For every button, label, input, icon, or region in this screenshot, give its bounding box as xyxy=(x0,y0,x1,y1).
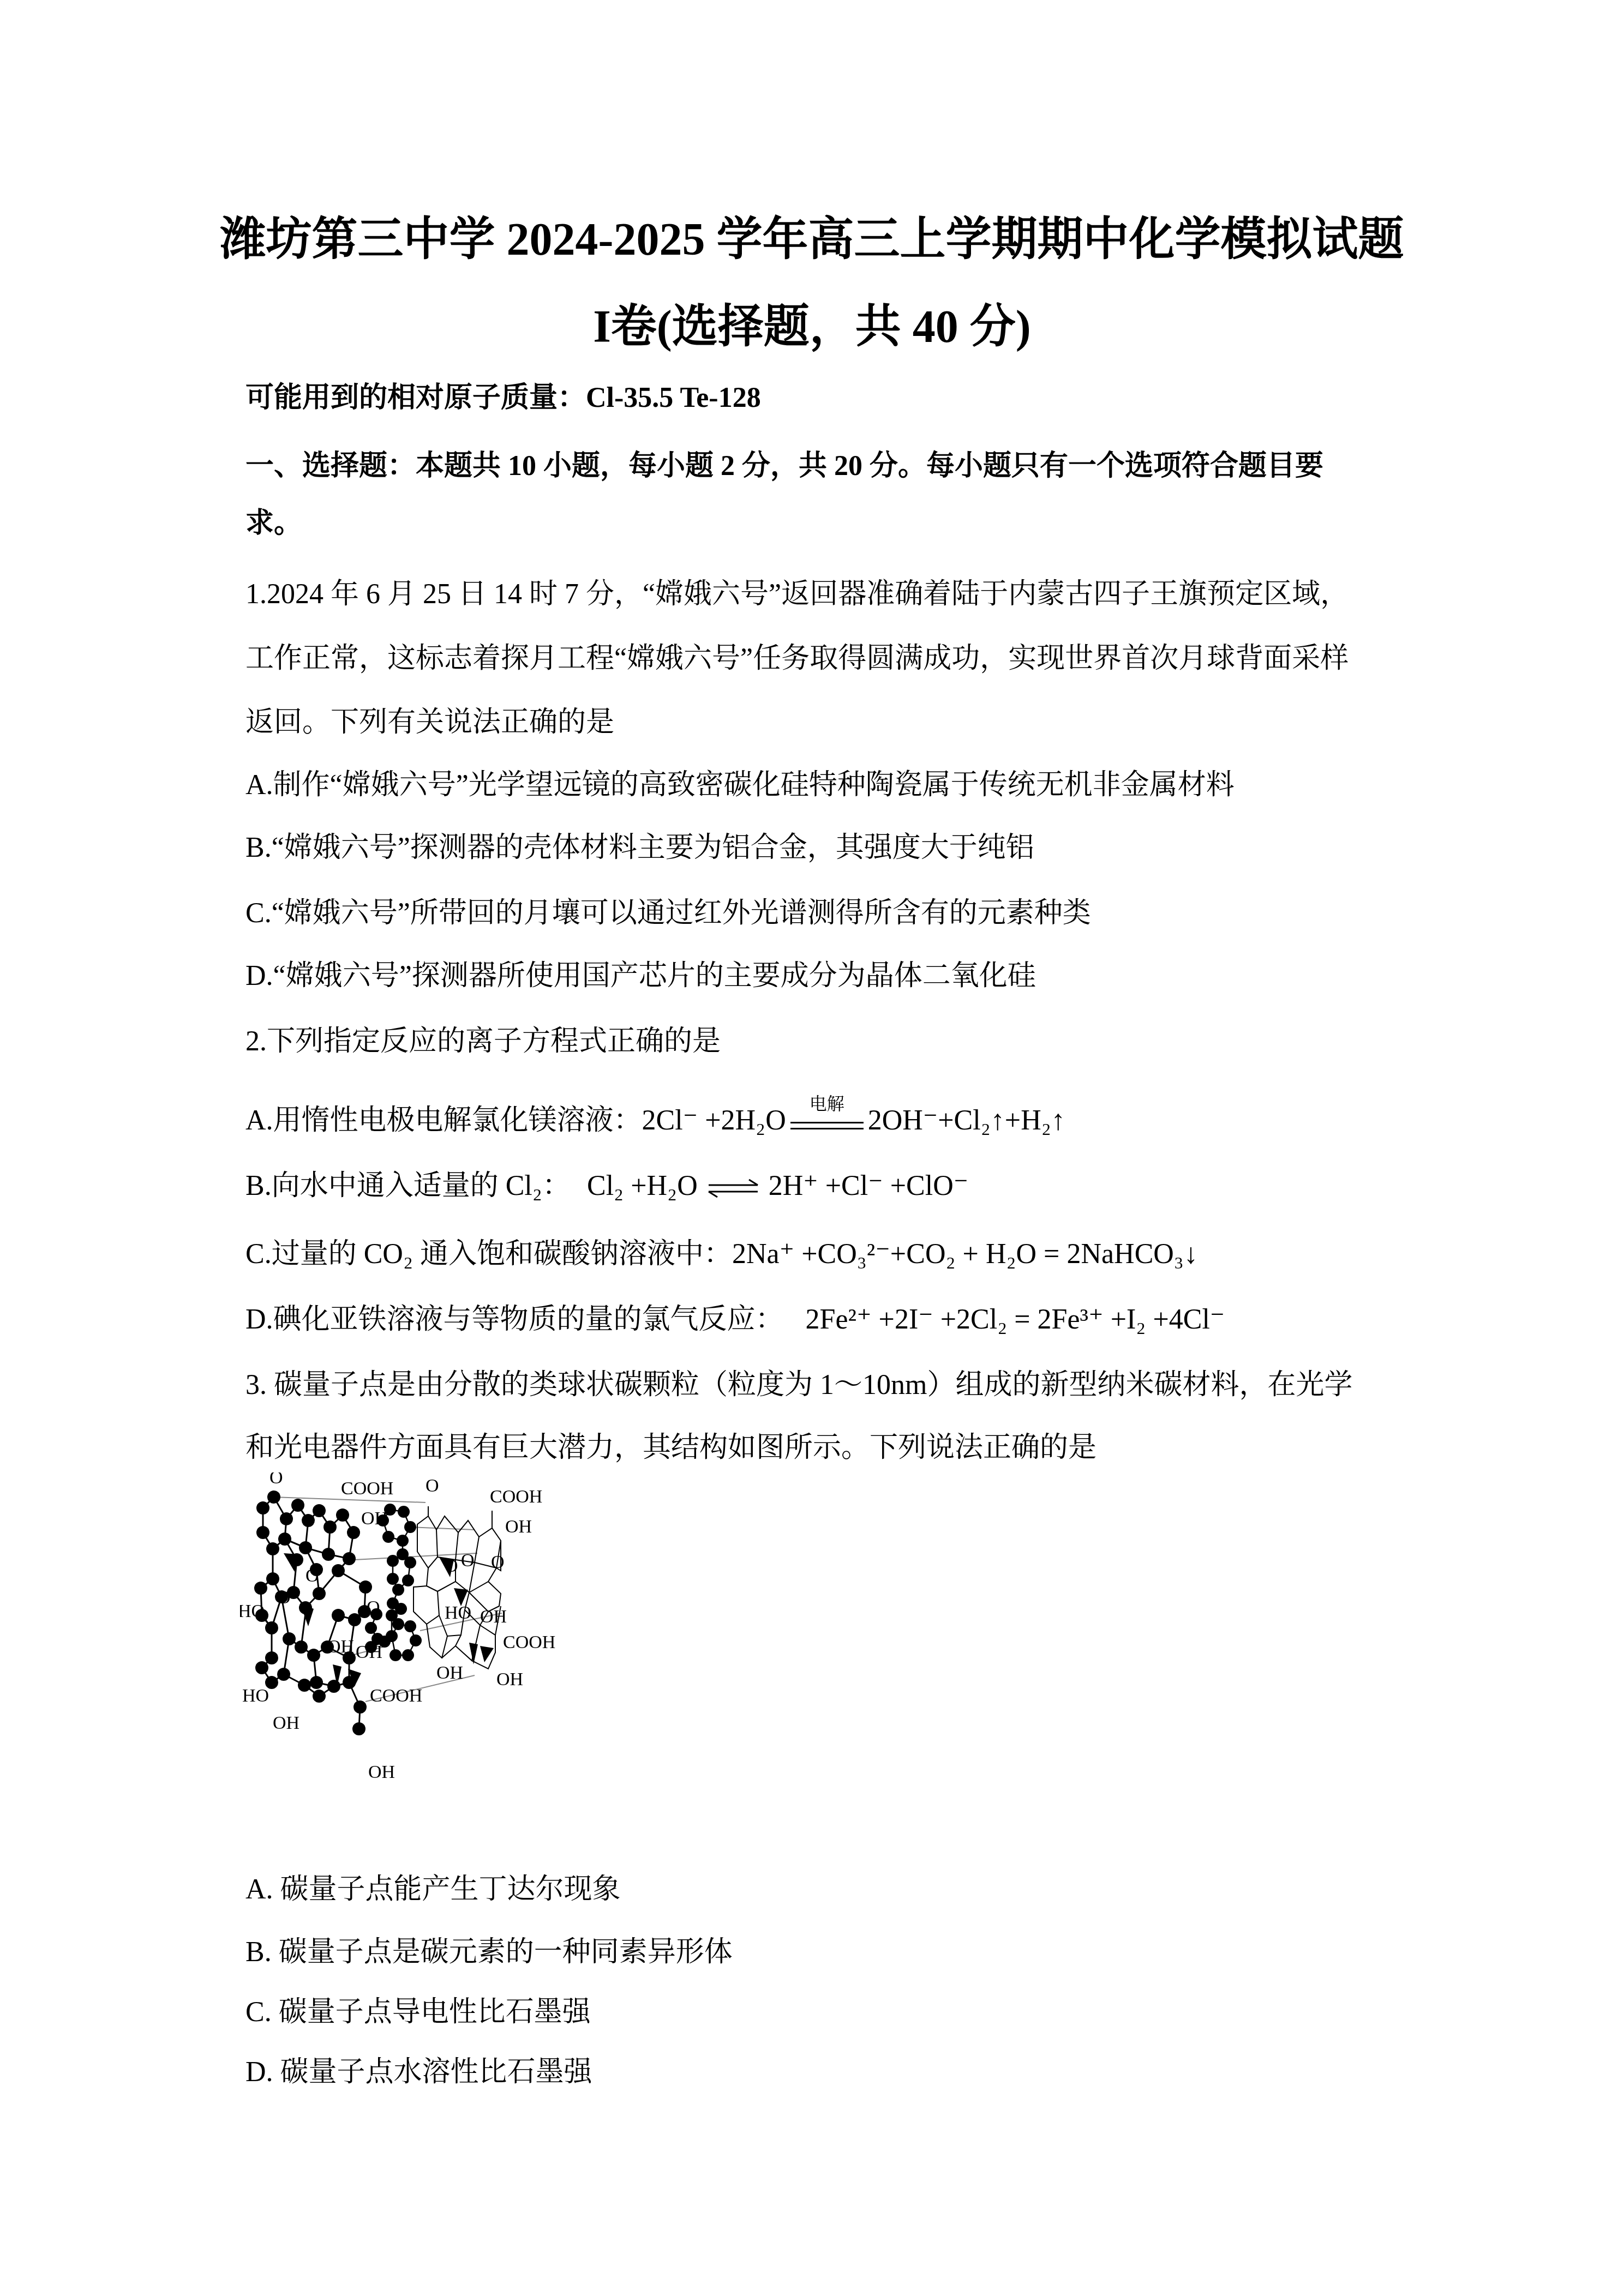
question-stem: 2.下列指定反应的离子方程式正确的是 xyxy=(245,1025,721,1058)
svg-text:COOH: COOH xyxy=(370,1686,422,1706)
svg-text:O: O xyxy=(491,1552,505,1572)
option-prefix: A.用惰性电极电解氯化镁溶液： xyxy=(245,1105,642,1136)
question-stem-line: 3. 碳量子点是由分散的类球状碳颗粒（粒度为 1～10nm）组成的新型纳米碳材料… xyxy=(245,1369,1352,1402)
svg-text:OH: OH xyxy=(436,1663,463,1683)
svg-text:OH: OH xyxy=(505,1517,532,1537)
svg-text:HO: HO xyxy=(242,1686,269,1706)
option-c[interactable]: C. 碳量子点导电性比石墨强 xyxy=(245,1996,591,2029)
svg-text:HO: HO xyxy=(240,1601,265,1621)
option-prefix: B.向水中通入适量的 Cl₂： xyxy=(245,1170,571,1201)
option-d[interactable]: D.碘化亚铁溶液与等物质的量的氯气反应：2Fe²⁺ +2I⁻ +2Cl₂ = 2… xyxy=(245,1303,1225,1336)
option-a[interactable]: A. 碳量子点能产生丁达尔现象 xyxy=(245,1873,621,1906)
question-stem-line: 返回。下列有关说法正确的是 xyxy=(245,706,614,739)
option-b[interactable]: B.“嫦娥六号”探测器的壳体材料主要为铝合金，其强度大于纯铝 xyxy=(245,832,1034,864)
section-instructions-line1: 一、选择题：本题共 10 小题，每小题 2 分，共 20 分。每小题只有一个选项… xyxy=(245,450,1323,483)
carbon-quantum-dot-structure-figure: O COOH OH O HO O O OH OH HO COOH OH OH O… xyxy=(240,1472,949,1854)
option-d[interactable]: D.“嫦娥六号”探测器所使用国产芯片的主要成分为晶体二氧化硅 xyxy=(245,960,1036,993)
double-line-equals-icon xyxy=(790,1122,864,1129)
option-b[interactable]: B.向水中通入适量的 Cl₂：Cl₂ +H₂O2H⁺ +Cl⁻ +ClO⁻ xyxy=(245,1170,968,1203)
equation-rhs: 2OH⁻+Cl₂↑+H₂↑ xyxy=(868,1105,1065,1136)
equation-lhs: 2Cl⁻ +2H₂O xyxy=(642,1105,786,1136)
question-stem-line: 和光电器件方面具有巨大潜力，其结构如图所示。下列说法正确的是 xyxy=(245,1432,1096,1464)
exam-title: 潍坊第三中学 2024-2025 学年高三上学期期中化学模拟试题 xyxy=(0,213,1624,267)
atomic-mass-note: 可能用到的相对原子质量：Cl-35.5 Te-128 xyxy=(245,382,761,414)
svg-text:COOH: COOH xyxy=(503,1632,555,1652)
svg-text:OH: OH xyxy=(496,1669,523,1690)
svg-text:OH: OH xyxy=(273,1713,299,1733)
electrolysis-condition: 电解 xyxy=(786,1107,868,1139)
option-b[interactable]: B. 碳量子点是碳元素的一种同素异形体 xyxy=(245,1936,733,1969)
svg-text:O: O xyxy=(461,1550,475,1571)
svg-text:O: O xyxy=(426,1476,439,1496)
svg-text:OH: OH xyxy=(480,1607,507,1627)
equation: 2Na⁺ +CO₃²⁻+CO₂ + H₂O = 2NaHCO₃↓ xyxy=(732,1239,1198,1270)
svg-text:O: O xyxy=(269,1472,283,1488)
option-c[interactable]: C.过量的 CO₂ 通入饱和碳酸钠溶液中：2Na⁺ +CO₃²⁻+CO₂ + H… xyxy=(245,1238,1198,1271)
svg-text:O: O xyxy=(445,1556,458,1576)
question-stem-line: 工作正常，这标志着探月工程“嫦娥六号”任务取得圆满成功，实现世界首次月球背面采样 xyxy=(245,642,1349,675)
section-title: I卷(选择题，共 40 分) xyxy=(0,300,1624,354)
svg-text:OH: OH xyxy=(368,1762,395,1782)
option-a[interactable]: A.制作“嫦娥六号”光学望远镜的高致密碳化硅特种陶瓷属于传统无机非金属材料 xyxy=(245,769,1235,802)
svg-text:OH: OH xyxy=(327,1637,354,1657)
question-stem-line: 1.2024 年 6 月 25 日 14 时 7 分，“嫦娥六号”返回器准确着陆… xyxy=(245,578,1349,611)
svg-text:O: O xyxy=(277,1588,291,1608)
option-prefix: D.碘化亚铁溶液与等物质的量的氯气反应： xyxy=(245,1304,784,1335)
condition-label: 电解 xyxy=(786,1095,868,1113)
svg-text:OH: OH xyxy=(361,1508,388,1529)
svg-text:OH: OH xyxy=(356,1642,382,1662)
svg-text:O: O xyxy=(305,1566,319,1586)
reversible-arrow-icon xyxy=(703,1177,763,1199)
section-instructions-line2: 求。 xyxy=(245,507,302,540)
option-a[interactable]: A.用惰性电极电解氯化镁溶液：2Cl⁻ +2H₂O电解2OH⁻+Cl₂↑+H₂↑ xyxy=(245,1104,1065,1139)
option-d[interactable]: D. 碳量子点水溶性比石墨强 xyxy=(245,2056,592,2089)
svg-text:COOH: COOH xyxy=(490,1487,542,1507)
option-prefix: C.过量的 CO₂ 通入饱和碳酸钠溶液中： xyxy=(245,1239,732,1270)
option-c[interactable]: C.“嫦娥六号”所带回的月壤可以通过红外光谱测得所含有的元素种类 xyxy=(245,897,1091,930)
svg-text:COOH: COOH xyxy=(341,1478,393,1499)
equation-rhs: 2H⁺ +Cl⁻ +ClO⁻ xyxy=(769,1170,968,1201)
equation-lhs: Cl₂ +H₂O xyxy=(587,1170,698,1201)
svg-text:O: O xyxy=(367,1597,380,1618)
equation: 2Fe²⁺ +2I⁻ +2Cl₂ = 2Fe³⁺ +I₂ +4Cl⁻ xyxy=(806,1304,1225,1335)
svg-text:HO: HO xyxy=(445,1603,471,1623)
